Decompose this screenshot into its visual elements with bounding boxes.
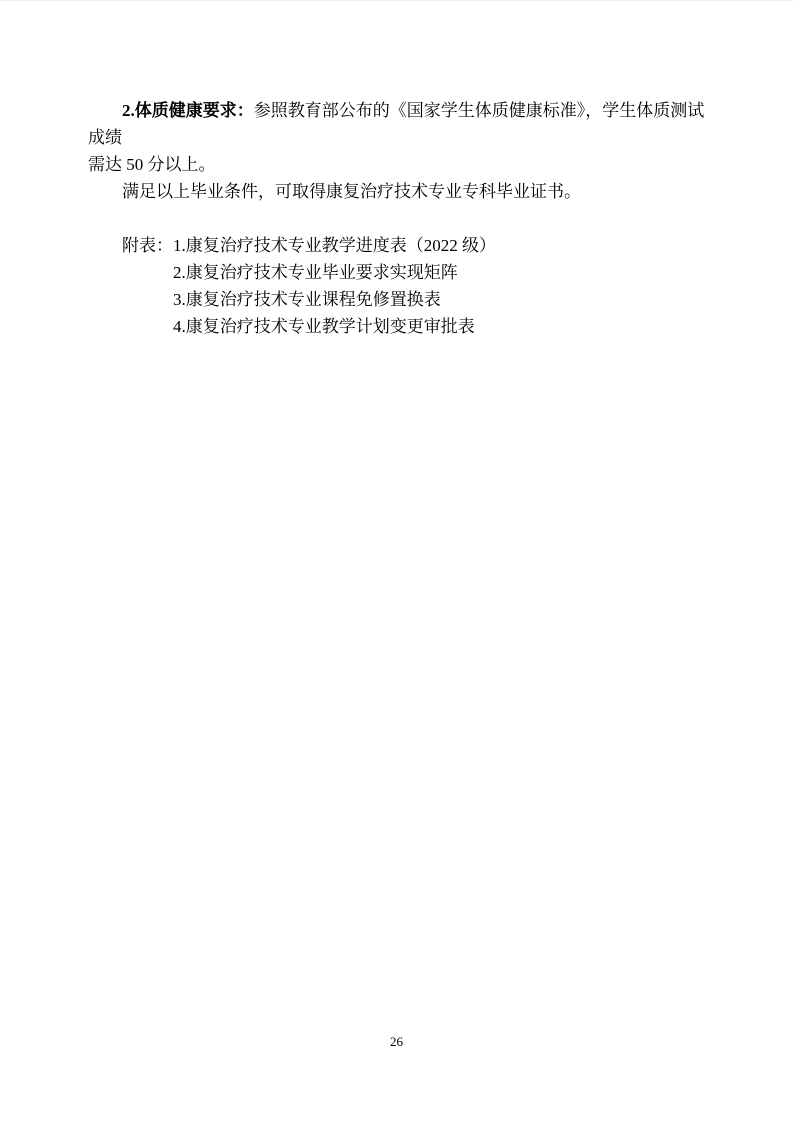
blank-line-spacer: [88, 205, 720, 232]
document-page: 2.体质健康要求：参照教育部公布的《国家学生体质健康标准》，学生体质测试成绩 需…: [0, 0, 793, 1122]
document-body: 2.体质健康要求：参照教育部公布的《国家学生体质健康标准》，学生体质测试成绩 需…: [88, 97, 720, 340]
appendix-item-1: 1.康复治疗技术专业教学进度表（2022 级）: [173, 232, 720, 259]
appendix-items: 1.康复治疗技术专业教学进度表（2022 级） 2.康复治疗技术专业毕业要求实现…: [173, 232, 720, 340]
graduation-certificate-statement: 满足以上毕业条件，可取得康复治疗技术专业专科毕业证书。: [88, 178, 720, 205]
appendix-item-2: 2.康复治疗技术专业毕业要求实现矩阵: [173, 259, 720, 286]
paragraph-health-requirement-line2: 需达 50 分以上。: [88, 151, 720, 178]
appendix-list: 附表： 1.康复治疗技术专业教学进度表（2022 级） 2.康复治疗技术专业毕业…: [122, 232, 720, 340]
page-number: 26: [0, 1034, 793, 1050]
health-requirement-heading: 2.体质健康要求：: [122, 101, 254, 120]
appendix-item-3: 3.康复治疗技术专业课程免修置换表: [173, 286, 720, 313]
paragraph-health-requirement-line1: 2.体质健康要求：参照教育部公布的《国家学生体质健康标准》，学生体质测试成绩: [88, 97, 720, 151]
appendix-item-4: 4.康复治疗技术专业教学计划变更审批表: [173, 313, 720, 340]
appendix-label: 附表：: [122, 232, 173, 340]
